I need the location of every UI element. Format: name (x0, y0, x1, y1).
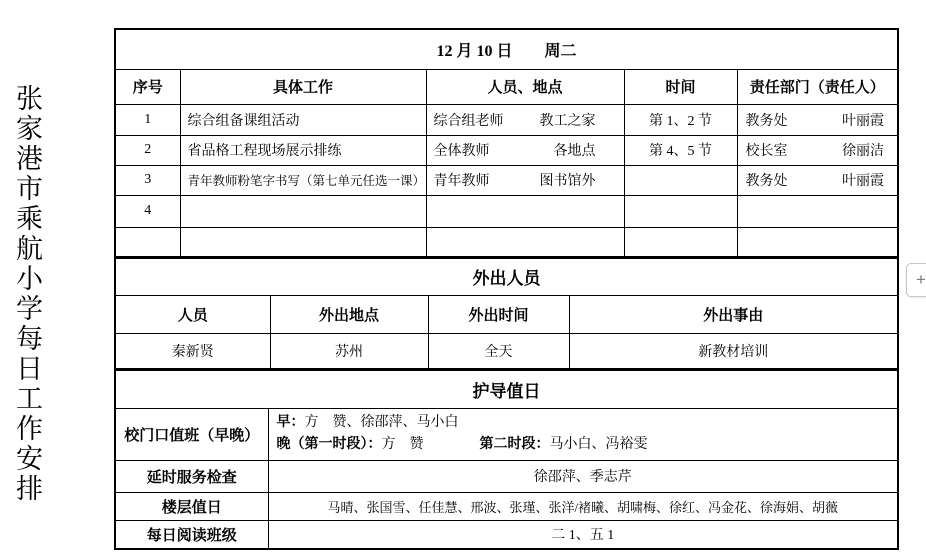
floor-duty-content: 马晴、张国雪、任佳慧、邢波、张瑾、张洋/褚曦、胡啸梅、徐红、冯金花、徐海娟、胡薇 (268, 492, 898, 520)
table-row: 1 综合组备课组活动 综合组老师教工之家 第 1、2 节 教务处叶丽霞 (115, 104, 898, 135)
outing-header-row: 人员 外出地点 外出时间 外出事由 (115, 295, 898, 333)
place-text: 图书馆外 (540, 170, 596, 190)
col-header-no: 序号 (115, 69, 180, 104)
col-header-people-place: 人员、地点 (426, 69, 624, 104)
schedule-document: 12 月 10 日 周二 序号 具体工作 人员、地点 时间 责任部门（责任人） … (114, 28, 897, 550)
outing-table: 外出人员 人员 外出地点 外出时间 外出事由 秦新贤 苏州 全天 新教材培训 (114, 257, 899, 370)
evening1-names: 方 赞 (382, 437, 424, 452)
people-place-cell: 综合组老师教工之家 (426, 104, 624, 135)
main-header-row: 序号 具体工作 人员、地点 时间 责任部门（责任人） (115, 69, 898, 104)
people-place-cell: 青年教师图书馆外 (426, 165, 624, 195)
table-row: 延时服务检查 徐邵萍、季志芹 (115, 460, 898, 492)
evening2-names: 马小白、冯裕雯 (550, 437, 648, 452)
outing-col-time: 外出时间 (428, 295, 569, 333)
dept-cell (737, 227, 898, 257)
task-cell: 青年教师粉笔字书写（第七单元任选一课） (180, 165, 426, 195)
table-row: 校门口值班（早晚） 早：方 赞、徐邵萍、马小白 晚（第一时段）：方 赞第二时段：… (115, 408, 898, 460)
time-cell (624, 227, 737, 257)
person-text: 徐丽洁 (842, 140, 884, 160)
time-cell (624, 195, 737, 227)
main-schedule-table: 12 月 10 日 周二 序号 具体工作 人员、地点 时间 责任部门（责任人） … (114, 28, 899, 258)
outing-person-cell: 秦新贤 (115, 333, 270, 369)
outing-col-reason: 外出事由 (569, 295, 898, 333)
people-text: 青年教师 (434, 170, 490, 190)
evening1-prefix: 晚（第一时段）： (277, 437, 382, 452)
delay-check-label: 延时服务检查 (115, 460, 268, 492)
table-row (115, 227, 898, 257)
outing-col-place: 外出地点 (270, 295, 428, 333)
person-text: 叶丽霞 (842, 110, 884, 130)
reading-class-label: 每日阅读班级 (115, 520, 268, 549)
place-text: 各地点 (554, 140, 596, 160)
person-text: 叶丽霞 (842, 170, 884, 190)
table-row: 每日阅读班级 二 1、五 1 (115, 520, 898, 549)
evening2-prefix: 第二时段： (480, 437, 550, 452)
gate-duty-morning-line: 早：方 赞、徐邵萍、马小白 (277, 412, 898, 434)
gate-duty-content: 早：方 赞、徐邵萍、马小白 晚（第一时段）：方 赞第二时段：马小白、冯裕雯 (268, 408, 898, 460)
no-cell (115, 227, 180, 257)
outing-reason-cell: 新教材培训 (569, 333, 898, 369)
dept-text: 教务处 (746, 110, 788, 130)
time-cell: 第 1、2 节 (624, 104, 737, 135)
document-page: 张家港市乘航小学每日工作安排 12 月 10 日 周二 序号 具体工作 人员、地… (0, 0, 926, 558)
outing-time-cell: 全天 (428, 333, 569, 369)
document-vertical-title: 张家港市乘航小学每日工作安排 (8, 84, 47, 508)
people-text: 全体教师 (434, 140, 490, 160)
reading-class-content: 二 1、五 1 (268, 520, 898, 549)
no-cell: 4 (115, 195, 180, 227)
dept-cell: 校长室徐丽洁 (737, 135, 898, 165)
no-cell: 1 (115, 104, 180, 135)
delay-check-content: 徐邵萍、季志芹 (268, 460, 898, 492)
no-cell: 3 (115, 165, 180, 195)
table-row: 3 青年教师粉笔字书写（第七单元任选一课） 青年教师图书馆外 教务处叶丽霞 (115, 165, 898, 195)
table-row: 2 省品格工程现场展示排练 全体教师各地点 第 4、5 节 校长室徐丽洁 (115, 135, 898, 165)
outing-section-title: 外出人员 (115, 258, 898, 295)
people-text: 综合组老师 (434, 110, 504, 130)
task-cell (180, 227, 426, 257)
people-place-cell (426, 195, 624, 227)
morning-names: 方 赞、徐邵萍、马小白 (305, 415, 459, 430)
time-cell: 第 4、5 节 (624, 135, 737, 165)
outing-place-cell: 苏州 (270, 333, 428, 369)
duty-table: 护导值日 校门口值班（早晚） 早：方 赞、徐邵萍、马小白 晚（第一时段）：方 赞… (114, 369, 899, 550)
gate-duty-label: 校门口值班（早晚） (115, 408, 268, 460)
table-row: 秦新贤 苏州 全天 新教材培训 (115, 333, 898, 369)
dept-text: 教务处 (746, 170, 788, 190)
table-row: 楼层值日 马晴、张国雪、任佳慧、邢波、张瑾、张洋/褚曦、胡啸梅、徐红、冯金花、徐… (115, 492, 898, 520)
people-place-cell (426, 227, 624, 257)
time-cell (624, 165, 737, 195)
gate-duty-evening-line: 晚（第一时段）：方 赞第二时段：马小白、冯裕雯 (277, 434, 898, 456)
date-header: 12 月 10 日 周二 (115, 29, 898, 69)
dept-text: 校长室 (746, 140, 788, 160)
dept-cell (737, 195, 898, 227)
duty-section-title: 护导值日 (115, 370, 898, 408)
people-place-cell: 全体教师各地点 (426, 135, 624, 165)
table-row: 4 (115, 195, 898, 227)
col-header-task: 具体工作 (180, 69, 426, 104)
place-text: 教工之家 (540, 110, 596, 130)
task-cell: 综合组备课组活动 (180, 104, 426, 135)
col-header-dept: 责任部门（责任人） (737, 69, 898, 104)
dept-cell: 教务处叶丽霞 (737, 165, 898, 195)
dept-cell: 教务处叶丽霞 (737, 104, 898, 135)
add-button[interactable]: + (906, 263, 926, 297)
col-header-time: 时间 (624, 69, 737, 104)
task-cell: 省品格工程现场展示排练 (180, 135, 426, 165)
outing-col-person: 人员 (115, 295, 270, 333)
no-cell: 2 (115, 135, 180, 165)
task-cell (180, 195, 426, 227)
morning-prefix: 早： (277, 415, 305, 430)
floor-duty-label: 楼层值日 (115, 492, 268, 520)
